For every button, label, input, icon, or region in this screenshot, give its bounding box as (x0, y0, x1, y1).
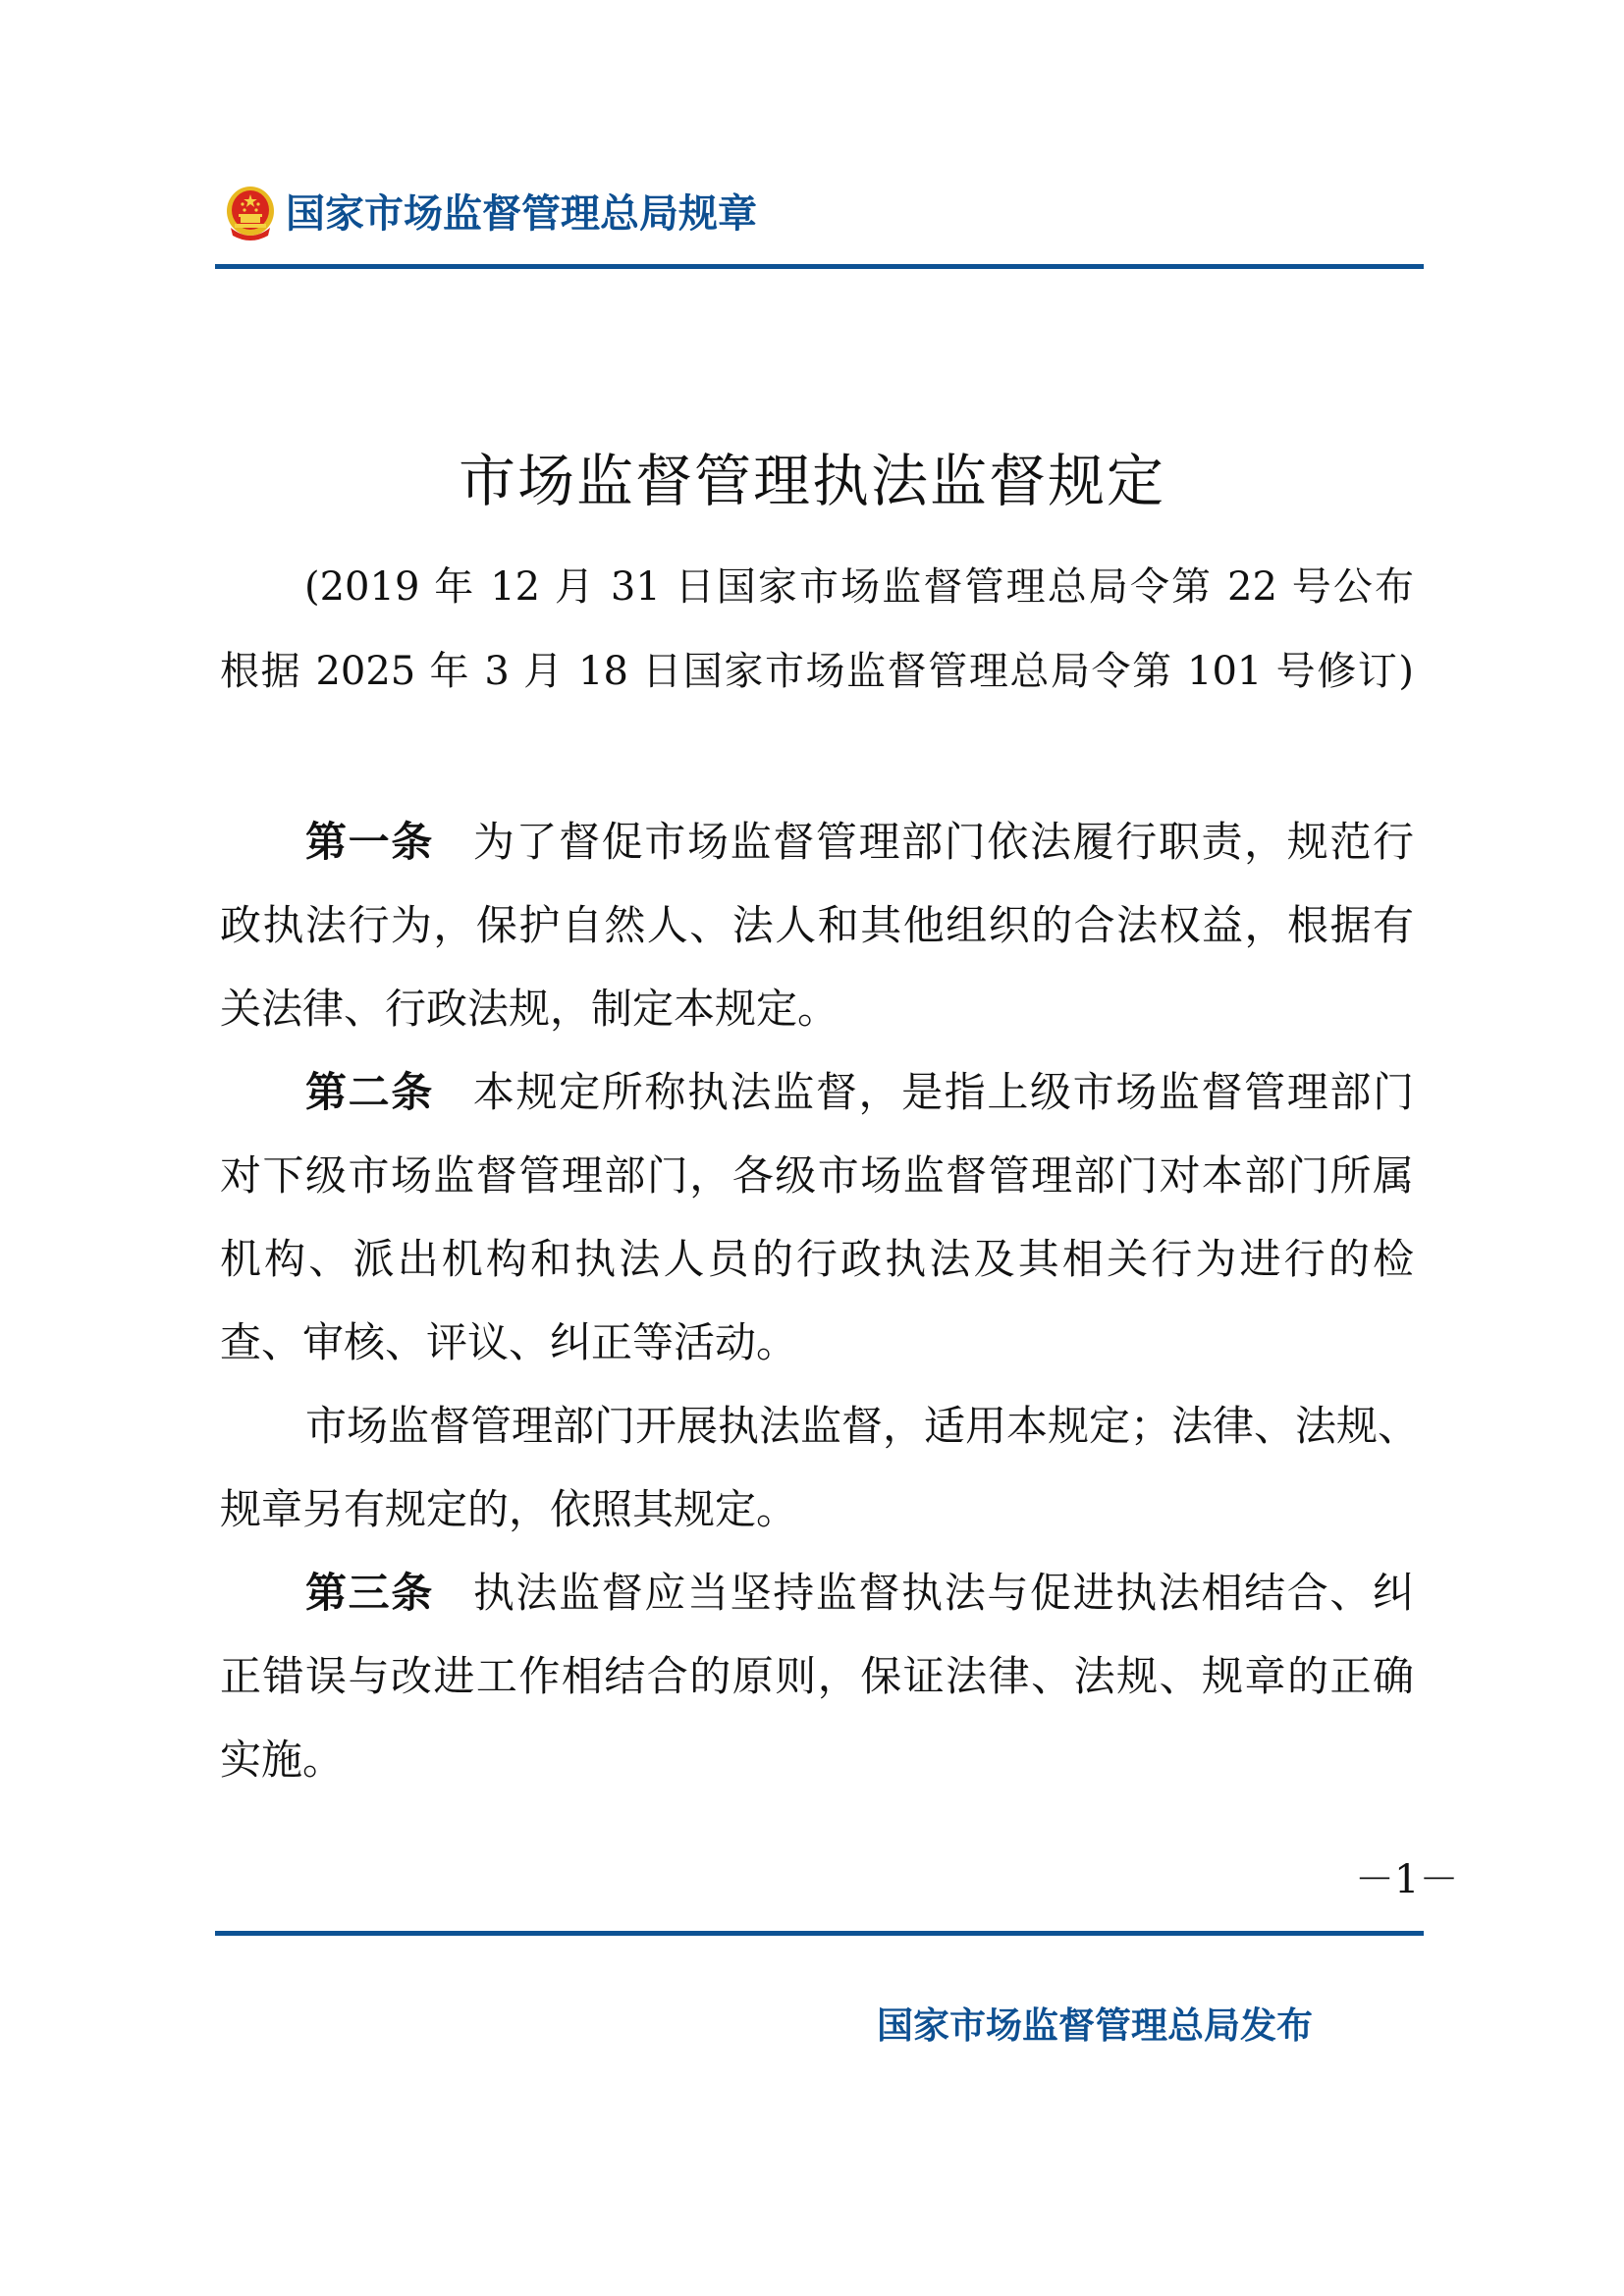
article-line: 第一条为了督促市场监督管理部门依法履行职责，规范行 (220, 800, 1414, 883)
publication-note-line-1: (2019 年 12 月 31 日国家市场监督管理总局令第 22 号公布 (304, 563, 1414, 611)
article-label: 第一条 (305, 818, 434, 866)
article-text: 执法监督应当坚持监督执法与促进执法相结合、纠 (473, 1569, 1414, 1617)
article-line: 查、审核、评议、纠正等活动。 (220, 1301, 1414, 1384)
page-number: －1－ (1355, 1855, 1458, 1904)
publication-note-line-2: 根据 2025 年 3 月 18 日国家市场监督管理总局令第 101 号修订) (220, 648, 1414, 695)
article-label: 第三条 (305, 1569, 434, 1617)
footer-divider (215, 1931, 1424, 1936)
article-3: 第三条执法监督应当坚持监督执法与促进执法相结合、纠 正错误与改进工作相结合的原则… (220, 1551, 1414, 1801)
header-divider (215, 264, 1424, 269)
header-title: 国家市场监督管理总局规章 (286, 190, 757, 238)
article-2: 第二条本规定所称执法监督，是指上级市场监督管理部门 对下级市场监督管理部门，各级… (220, 1050, 1414, 1551)
publisher-footer: 国家市场监督管理总局发布 (877, 2002, 1313, 2050)
article-line: 政执法行为，保护自然人、法人和其他组织的合法权益，根据有 (220, 883, 1414, 967)
article-line: 关法律、行政法规，制定本规定。 (220, 967, 1414, 1050)
document-title: 市场监督管理执法监督规定 (0, 447, 1624, 515)
article-line: 机构、派出机构和执法人员的行政执法及其相关行为进行的检 (220, 1217, 1414, 1301)
article-line: 市场监督管理部门开展执法监督，适用本规定；法律、法规、 (220, 1384, 1414, 1468)
article-1: 第一条为了督促市场监督管理部门依法履行职责，规范行 政执法行为，保护自然人、法人… (220, 800, 1414, 1050)
article-text: 本规定所称执法监督，是指上级市场监督管理部门 (473, 1068, 1414, 1116)
article-line: 对下级市场监督管理部门，各级市场监督管理部门对本部门所属 (220, 1134, 1414, 1217)
article-line: 第三条执法监督应当坚持监督执法与促进执法相结合、纠 (220, 1551, 1414, 1634)
article-label: 第二条 (305, 1068, 434, 1116)
document-header: 国家市场监督管理总局规章 (215, 181, 1424, 259)
article-text: 为了督促市场监督管理部门依法履行职责，规范行 (473, 818, 1414, 866)
article-line: 实施。 (220, 1718, 1414, 1801)
article-line: 规章另有规定的，依照其规定。 (220, 1468, 1414, 1551)
article-line: 正错误与改进工作相结合的原则，保证法律、法规、规章的正确 (220, 1634, 1414, 1718)
national-emblem-icon (225, 185, 276, 243)
article-line: 第二条本规定所称执法监督，是指上级市场监督管理部门 (220, 1050, 1414, 1134)
